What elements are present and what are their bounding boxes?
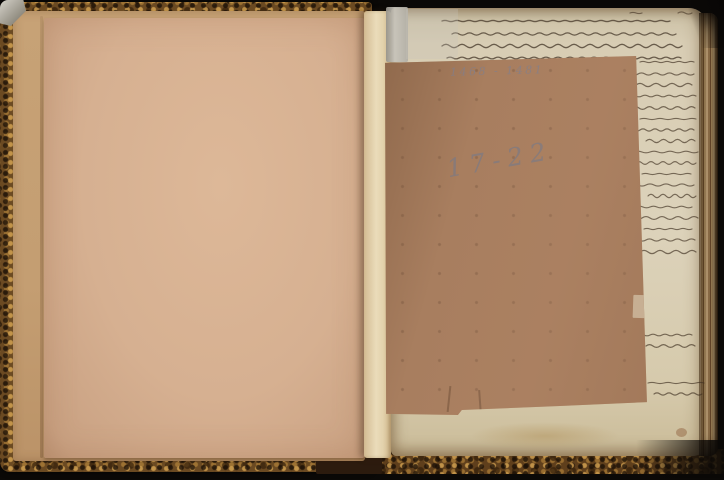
blank-flyleaf-left — [44, 18, 365, 458]
shadow-bottom-right — [636, 440, 724, 478]
page-spot — [676, 428, 687, 437]
photo-of-open-book: 1468 - 1481 17-22 — [0, 0, 724, 480]
shadow-top-right — [688, 0, 724, 48]
page-stain — [470, 422, 620, 450]
card-tape-notch — [633, 295, 646, 318]
page-crease-line — [40, 16, 43, 458]
page-block-fore-edge — [699, 13, 718, 456]
tissue-guard-overlay — [406, 9, 458, 59]
brown-insert-card — [384, 56, 648, 415]
tissue-guard-strip — [386, 7, 408, 62]
card-crack — [447, 386, 452, 412]
